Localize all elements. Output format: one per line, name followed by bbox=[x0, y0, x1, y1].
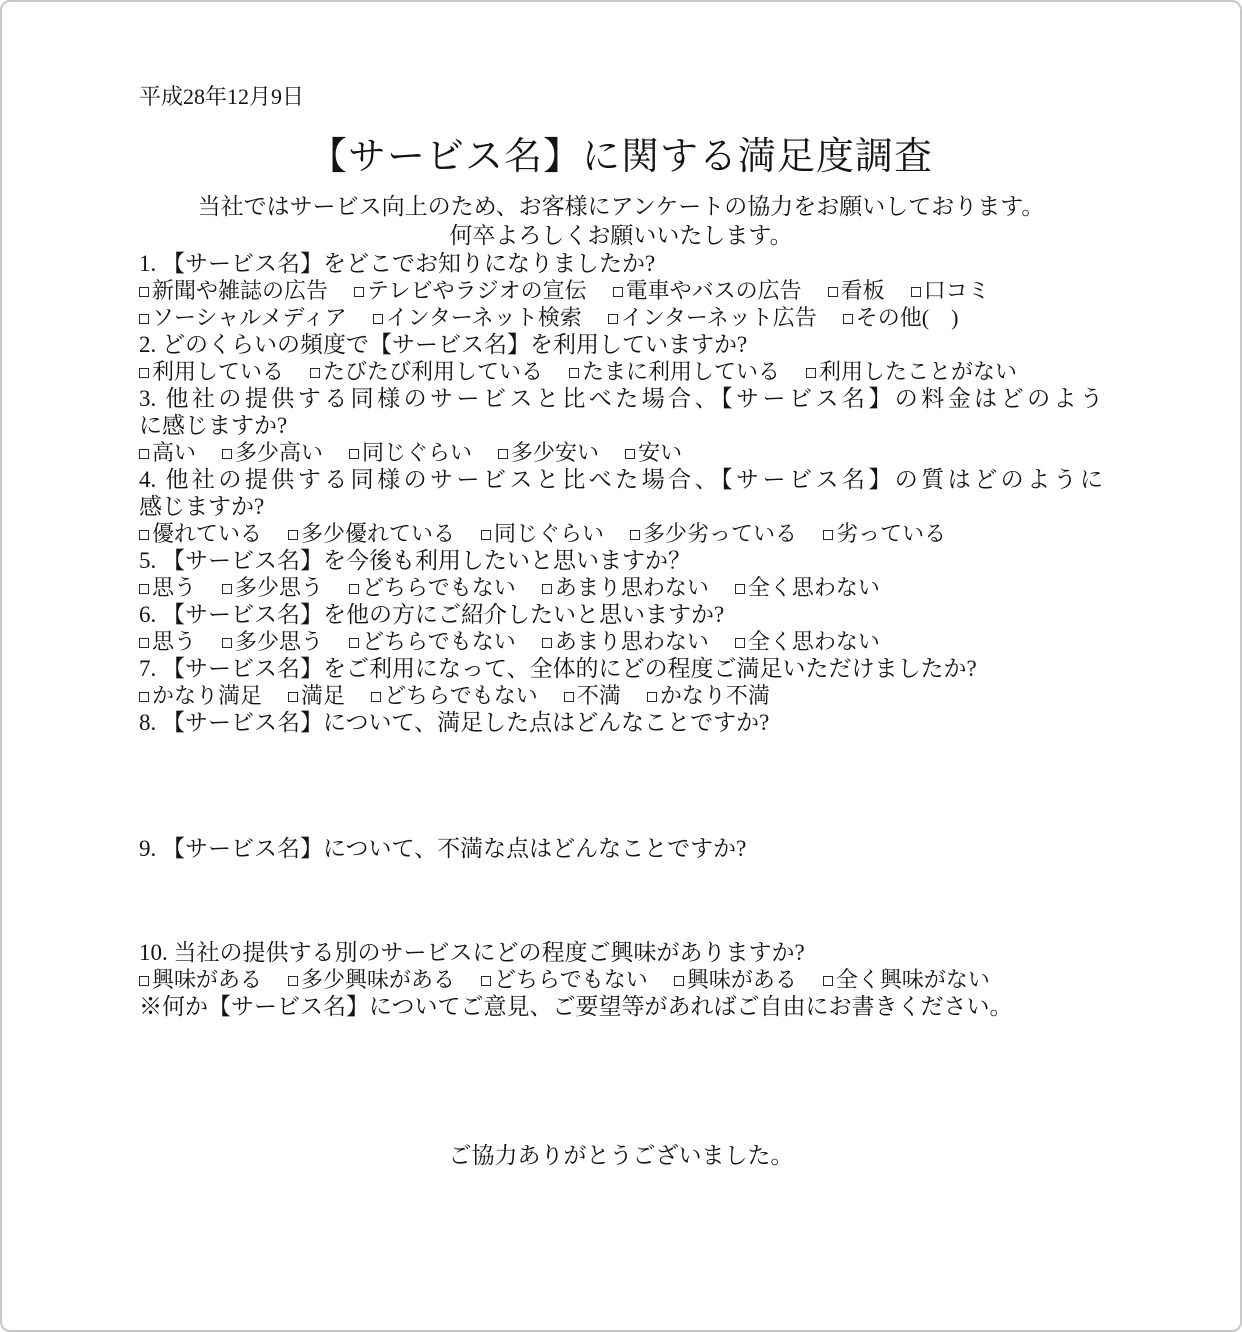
question-5-options-line-1: 思う多少思うどちらでもないあまり思わない全く思わない bbox=[139, 574, 1103, 601]
checkbox-option[interactable]: 口コミ bbox=[911, 277, 990, 304]
option-label: 多少思う bbox=[235, 629, 323, 654]
option-label: 全く思わない bbox=[748, 629, 880, 654]
checkbox-option[interactable]: 興味がある bbox=[674, 966, 797, 993]
checkbox-option[interactable]: 満足 bbox=[288, 682, 345, 709]
checkbox-option[interactable]: たまに利用している bbox=[569, 358, 780, 385]
checkbox-icon[interactable] bbox=[310, 368, 320, 378]
checkbox-option[interactable]: 多少思う bbox=[222, 574, 323, 601]
checkbox-option[interactable]: 利用したことがない bbox=[806, 358, 1017, 385]
checkbox-icon[interactable] bbox=[371, 692, 381, 702]
checkbox-option[interactable]: 思う bbox=[139, 628, 196, 655]
option-label: その他( ) bbox=[856, 305, 959, 330]
checkbox-icon[interactable] bbox=[288, 530, 298, 540]
option-label: どちらでもない bbox=[494, 967, 648, 992]
checkbox-option[interactable]: 同じぐらい bbox=[481, 520, 604, 547]
option-label: あまり思わない bbox=[555, 629, 709, 654]
checkbox-option[interactable]: あまり思わない bbox=[542, 574, 709, 601]
option-label: 同じぐらい bbox=[494, 521, 604, 546]
question-10-options-line-1: 興味がある多少興味があるどちらでもない興味がある全く興味がない bbox=[139, 966, 1103, 993]
checkbox-icon[interactable] bbox=[288, 976, 298, 986]
document-title: 【サービス名】に関する満足度調査 bbox=[139, 135, 1103, 179]
option-label: 思う bbox=[152, 575, 196, 600]
question-1-options-line-1: 新聞や雑誌の広告テレビやラジオの宣伝電車やバスの広告看板口コミ bbox=[139, 277, 1103, 304]
checkbox-icon[interactable] bbox=[481, 976, 491, 986]
option-label: かなり不満 bbox=[660, 683, 770, 708]
option-label: 電車やバスの広告 bbox=[626, 278, 802, 303]
option-label: 全く思わない bbox=[748, 575, 880, 600]
checkbox-option[interactable]: インターネット検索 bbox=[373, 304, 582, 331]
checkbox-icon[interactable] bbox=[139, 692, 149, 702]
question-6: 6. 【サービス名】を他の方にご紹介したいと思いますか?思う多少思うどちらでもな… bbox=[139, 601, 1103, 655]
checkbox-icon[interactable] bbox=[139, 976, 149, 986]
checkbox-icon[interactable] bbox=[139, 314, 149, 324]
question-8: 8. 【サービス名】について、満足した点はどんなことですか? bbox=[139, 709, 1103, 736]
intro-line-2: 何卒よろしくお願いいたします。 bbox=[139, 221, 1103, 250]
question-8-text: 8. 【サービス名】について、満足した点はどんなことですか? bbox=[139, 709, 1103, 736]
checkbox-icon[interactable] bbox=[349, 449, 359, 459]
question-10: 10. 当社の提供する別のサービスにどの程度ご興味がありますか?興味がある多少興… bbox=[139, 939, 1103, 993]
option-label: テレビやラジオの宣伝 bbox=[367, 278, 587, 303]
checkbox-option[interactable]: 優れている bbox=[139, 520, 262, 547]
option-label: 同じぐらい bbox=[362, 440, 472, 465]
option-label: 口コミ bbox=[924, 278, 990, 303]
question-3: 3. 他社の提供する同様のサービスと比べた場合、【サービス名】の料金はどのように… bbox=[139, 385, 1103, 466]
checkbox-option[interactable]: 多少劣っている bbox=[630, 520, 797, 547]
checkbox-icon[interactable] bbox=[542, 638, 552, 648]
checkbox-option[interactable]: 看板 bbox=[828, 277, 885, 304]
option-label: 多少劣っている bbox=[643, 521, 797, 546]
checkbox-icon[interactable] bbox=[823, 530, 833, 540]
document-page: 平成28年12月9日 【サービス名】に関する満足度調査 当社ではサービス向上のた… bbox=[0, 0, 1242, 1332]
checkbox-icon[interactable] bbox=[564, 692, 574, 702]
question-4-text: 感じますか? bbox=[139, 493, 1103, 520]
checkbox-icon[interactable] bbox=[222, 449, 232, 459]
checkbox-option[interactable]: その他( ) bbox=[843, 304, 959, 331]
question-1: 1. 【サービス名】をどこでお知りになりましたか?新聞や雑誌の広告テレビやラジオ… bbox=[139, 250, 1103, 331]
question-5-text: 5. 【サービス名】を今後も利用したいと思いますか？ bbox=[139, 547, 1103, 574]
option-label: 看板 bbox=[841, 278, 885, 303]
checkbox-option[interactable]: どちらでもない bbox=[349, 574, 516, 601]
checkbox-option[interactable]: 安い bbox=[625, 439, 682, 466]
checkbox-icon[interactable] bbox=[498, 449, 508, 459]
checkbox-icon[interactable] bbox=[349, 638, 359, 648]
checkbox-option[interactable]: 興味がある bbox=[139, 966, 262, 993]
checkbox-option[interactable]: 全く思わない bbox=[735, 574, 880, 601]
checkbox-icon[interactable] bbox=[647, 692, 657, 702]
option-label: 多少思う bbox=[235, 575, 323, 600]
question-2-text: 2. どのくらいの頻度で【サービス名】を利用していますか? bbox=[139, 331, 1103, 358]
option-label: 多少優れている bbox=[301, 521, 455, 546]
checkbox-icon[interactable] bbox=[674, 976, 684, 986]
checkbox-option[interactable]: インターネット広告 bbox=[608, 304, 817, 331]
checkbox-icon[interactable] bbox=[843, 314, 853, 324]
question-2: 2. どのくらいの頻度で【サービス名】を利用していますか?利用しているたびたび利… bbox=[139, 331, 1103, 385]
checkbox-icon[interactable] bbox=[349, 584, 359, 594]
checkbox-icon[interactable] bbox=[373, 314, 383, 324]
option-label: あまり思わない bbox=[555, 575, 709, 600]
closing-text: ご協力ありがとうございました。 bbox=[139, 1142, 1103, 1169]
checkbox-option[interactable]: 多少優れている bbox=[288, 520, 455, 547]
option-label: ソーシャルメディア bbox=[152, 305, 347, 330]
option-label: 多少興味がある bbox=[301, 967, 455, 992]
question-4: 4. 他社の提供する同様のサービスと比べた場合、【サービス名】の質はどのように感… bbox=[139, 466, 1103, 547]
option-label: 思う bbox=[152, 629, 196, 654]
option-label: どちらでもない bbox=[362, 575, 516, 600]
checkbox-option[interactable]: 多少安い bbox=[498, 439, 599, 466]
checkbox-option[interactable]: 多少思う bbox=[222, 628, 323, 655]
checkbox-option[interactable]: 高い bbox=[139, 439, 196, 466]
checkbox-icon[interactable] bbox=[828, 287, 838, 297]
checkbox-option[interactable]: テレビやラジオの宣伝 bbox=[354, 277, 587, 304]
option-label: 利用したことがない bbox=[819, 359, 1017, 384]
question-6-options-line-1: 思う多少思うどちらでもないあまり思わない全く思わない bbox=[139, 628, 1103, 655]
checkbox-option[interactable]: かなり満足 bbox=[139, 682, 262, 709]
checkbox-icon[interactable] bbox=[139, 368, 149, 378]
question-9: 9. 【サービス名】について、不満な点はどんなことですか? bbox=[139, 835, 1103, 862]
checkbox-option[interactable]: どちらでもない bbox=[349, 628, 516, 655]
option-label: どちらでもない bbox=[362, 629, 516, 654]
option-label: 満足 bbox=[301, 683, 345, 708]
option-label: 興味がある bbox=[152, 967, 262, 992]
option-label: 優れている bbox=[152, 521, 262, 546]
option-label: 安い bbox=[638, 440, 682, 465]
checkbox-option[interactable]: たびたび利用している bbox=[310, 358, 543, 385]
checkbox-option[interactable]: あまり思わない bbox=[542, 628, 709, 655]
checkbox-option[interactable]: 劣っている bbox=[823, 520, 946, 547]
checkbox-option[interactable]: 同じぐらい bbox=[349, 439, 472, 466]
free-comment-note: ※何か【サービス名】についてご意見、ご要望等があればご自由にお書きください。 bbox=[139, 993, 1103, 1020]
checkbox-icon[interactable] bbox=[139, 530, 149, 540]
option-label: 新聞や雑誌の広告 bbox=[152, 278, 328, 303]
question-4-text: 4. 他社の提供する同様のサービスと比べた場合、【サービス名】の質はどのように bbox=[139, 466, 1103, 493]
option-label: 興味がある bbox=[687, 967, 797, 992]
option-label: 全く興味がない bbox=[836, 967, 990, 992]
checkbox-icon[interactable] bbox=[735, 638, 745, 648]
document-date: 平成28年12月9日 bbox=[139, 2, 1103, 109]
question-1-options-line-2: ソーシャルメディアインターネット検索インターネット広告その他( ) bbox=[139, 304, 1103, 331]
checkbox-icon[interactable] bbox=[569, 368, 579, 378]
checkbox-icon[interactable] bbox=[625, 449, 635, 459]
question-7-text: 7. 【サービス名】をご利用になって、全体的にどの程度ご満足いただけましたか? bbox=[139, 655, 1103, 682]
checkbox-icon[interactable] bbox=[139, 638, 149, 648]
checkbox-option[interactable]: 多少興味がある bbox=[288, 966, 455, 993]
checkbox-icon[interactable] bbox=[911, 287, 921, 297]
option-label: どちらでもない bbox=[384, 683, 538, 708]
checkbox-option[interactable]: 多少高い bbox=[222, 439, 323, 466]
option-label: たまに利用している bbox=[582, 359, 780, 384]
question-7-options-line-1: かなり満足満足どちらでもない不満かなり不満 bbox=[139, 682, 1103, 709]
intro-line-1: 当社ではサービス向上のため、お客様にアンケートの協力をお願いしております。 bbox=[139, 192, 1103, 221]
option-label: インターネット検索 bbox=[386, 305, 582, 330]
question-10-text: 10. 当社の提供する別のサービスにどの程度ご興味がありますか? bbox=[139, 939, 1103, 966]
checkbox-icon[interactable] bbox=[222, 638, 232, 648]
checkbox-option[interactable]: どちらでもない bbox=[371, 682, 538, 709]
checkbox-icon[interactable] bbox=[139, 584, 149, 594]
checkbox-option[interactable]: 利用している bbox=[139, 358, 284, 385]
checkbox-icon[interactable] bbox=[735, 584, 745, 594]
checkbox-option[interactable]: 電車やバスの広告 bbox=[613, 277, 802, 304]
option-label: かなり満足 bbox=[152, 683, 262, 708]
question-4-options-line-1: 優れている多少優れている同じぐらい多少劣っている劣っている bbox=[139, 520, 1103, 547]
checkbox-icon[interactable] bbox=[354, 287, 364, 297]
checkbox-icon[interactable] bbox=[139, 287, 149, 297]
question-6-text: 6. 【サービス名】を他の方にご紹介したいと思いますか? bbox=[139, 601, 1103, 628]
question-3-text: に感じますか? bbox=[139, 412, 1103, 439]
checkbox-icon[interactable] bbox=[481, 530, 491, 540]
checkbox-option[interactable]: 全く思わない bbox=[735, 628, 880, 655]
checkbox-icon[interactable] bbox=[608, 314, 618, 324]
checkbox-option[interactable]: 全く興味がない bbox=[823, 966, 990, 993]
checkbox-option[interactable]: どちらでもない bbox=[481, 966, 648, 993]
checkbox-option[interactable]: 不満 bbox=[564, 682, 621, 709]
checkbox-icon[interactable] bbox=[630, 530, 640, 540]
checkbox-icon[interactable] bbox=[139, 449, 149, 459]
question-9-text: 9. 【サービス名】について、不満な点はどんなことですか? bbox=[139, 835, 1103, 862]
question-7: 7. 【サービス名】をご利用になって、全体的にどの程度ご満足いただけましたか?か… bbox=[139, 655, 1103, 709]
checkbox-icon[interactable] bbox=[823, 976, 833, 986]
option-label: 利用している bbox=[152, 359, 284, 384]
checkbox-option[interactable]: 思う bbox=[139, 574, 196, 601]
checkbox-option[interactable]: 新聞や雑誌の広告 bbox=[139, 277, 328, 304]
option-label: 高い bbox=[152, 440, 196, 465]
option-label: 多少安い bbox=[511, 440, 599, 465]
question-3-text: 3. 他社の提供する同様のサービスと比べた場合、【サービス名】の料金はどのよう bbox=[139, 385, 1103, 412]
question-2-options-line-1: 利用しているたびたび利用しているたまに利用している利用したことがない bbox=[139, 358, 1103, 385]
question-1-text: 1. 【サービス名】をどこでお知りになりましたか? bbox=[139, 250, 1103, 277]
checkbox-icon[interactable] bbox=[613, 287, 623, 297]
document-content: 平成28年12月9日 【サービス名】に関する満足度調査 当社ではサービス向上のた… bbox=[2, 2, 1240, 1169]
question-3-options-line-1: 高い多少高い同じぐらい多少安い安い bbox=[139, 439, 1103, 466]
checkbox-option[interactable]: ソーシャルメディア bbox=[139, 304, 347, 331]
checkbox-option[interactable]: かなり不満 bbox=[647, 682, 770, 709]
option-label: たびたび利用している bbox=[323, 359, 543, 384]
checkbox-icon[interactable] bbox=[288, 692, 298, 702]
option-label: 多少高い bbox=[235, 440, 323, 465]
option-label: インターネット広告 bbox=[621, 305, 817, 330]
option-label: 劣っている bbox=[836, 521, 946, 546]
question-5: 5. 【サービス名】を今後も利用したいと思いますか？思う多少思うどちらでもないあ… bbox=[139, 547, 1103, 601]
checkbox-icon[interactable] bbox=[542, 584, 552, 594]
questions-section: 1. 【サービス名】をどこでお知りになりましたか?新聞や雑誌の広告テレビやラジオ… bbox=[139, 250, 1103, 993]
checkbox-icon[interactable] bbox=[222, 584, 232, 594]
checkbox-icon[interactable] bbox=[806, 368, 816, 378]
option-label: 不満 bbox=[577, 683, 621, 708]
